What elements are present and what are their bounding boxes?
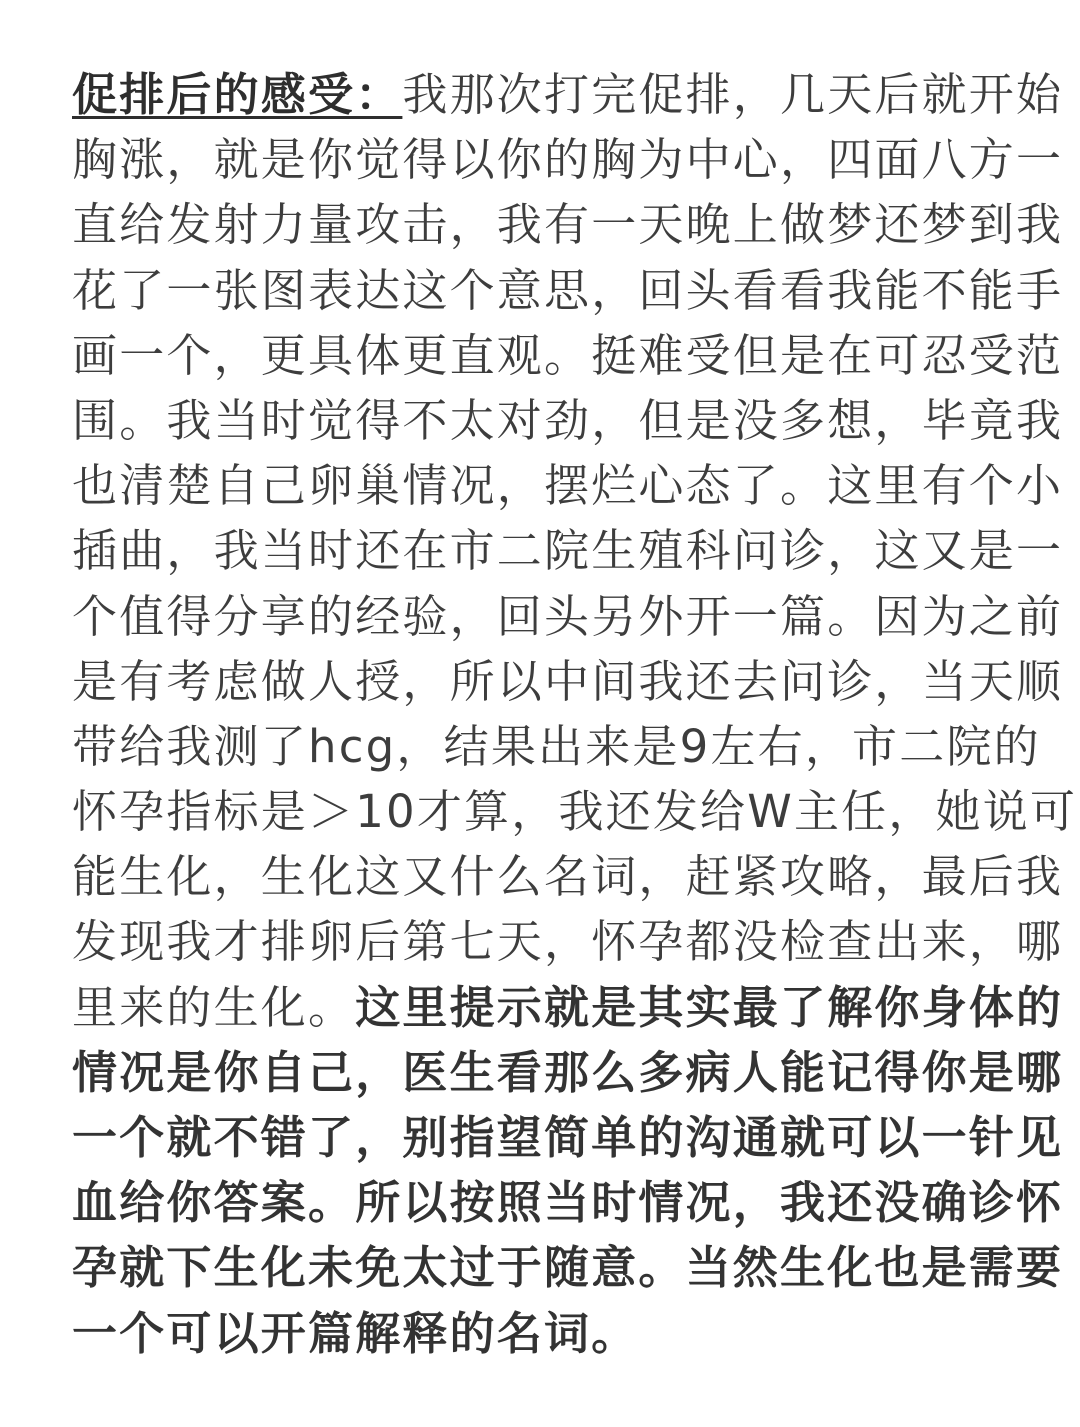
text-segment: 里来的生化。 xyxy=(72,981,355,1034)
text-line: 胸涨，就是你觉得以你的胸为中心，四面八方一 xyxy=(72,127,1012,192)
text-line: 促排后的感受：我那次打完促排，几天后就开始 xyxy=(72,62,1012,127)
text-segment: 插曲，我当时还在市二院生殖科问诊，这又是一 xyxy=(72,524,1063,577)
section-heading: 促排后的感受： xyxy=(72,68,402,121)
text-segment: 围。我当时觉得不太对劲，但是没多想，毕竟我 xyxy=(72,394,1063,447)
text-segment: 画一个，更具体更直观。挺难受但是在可忍受范 xyxy=(72,329,1063,382)
text-line: 插曲，我当时还在市二院生殖科问诊，这又是一 xyxy=(72,518,1012,583)
text-segment: 带给我测了hcg，结果出来是9左右，市二院的 xyxy=(72,720,1041,773)
text-segment: 花了一张图表达这个意思，回头看看我能不能手 xyxy=(72,264,1063,317)
text-segment: 怀孕指标是＞10才算，我还发给W主任，她说可 xyxy=(72,785,1077,838)
text-line: 也清楚自己卵巢情况，摆烂心态了。这里有个小 xyxy=(72,453,1012,518)
text-line: 发现我才排卵后第七天，怀孕都没检查出来，哪 xyxy=(72,909,1012,974)
text-segment: 胸涨，就是你觉得以你的胸为中心，四面八方一 xyxy=(72,133,1063,186)
text-segment: 能生化，生化这又什么名词，赶紧攻略，最后我 xyxy=(72,850,1063,903)
text-line: 一个就不错了，别指望简单的沟通就可以一针见 xyxy=(72,1105,1012,1170)
text-line: 一个可以开篇解释的名词。 xyxy=(72,1301,1012,1366)
text-segment: 个值得分享的经验，回头另外开一篇。因为之前 xyxy=(72,590,1063,643)
document-body: 促排后的感受：我那次打完促排，几天后就开始 胸涨，就是你觉得以你的胸为中心，四面… xyxy=(72,62,1012,1366)
text-segment: 我那次打完促排，几天后就开始 xyxy=(402,68,1063,121)
text-line: 情况是你自己，医生看那么多病人能记得你是哪 xyxy=(72,1040,1012,1105)
text-segment: 发现我才排卵后第七天，怀孕都没检查出来，哪 xyxy=(72,915,1063,968)
text-segment: 也清楚自己卵巢情况，摆烂心态了。这里有个小 xyxy=(72,459,1063,512)
text-line: 花了一张图表达这个意思，回头看看我能不能手 xyxy=(72,258,1012,323)
text-line: 血给你答案。所以按照当时情况，我还没确诊怀 xyxy=(72,1170,1012,1235)
text-segment: 是有考虑做人授，所以中间我还去问诊，当天顺 xyxy=(72,655,1063,708)
text-line: 孕就下生化未免太过于随意。当然生化也是需要 xyxy=(72,1235,1012,1300)
text-line: 个值得分享的经验，回头另外开一篇。因为之前 xyxy=(72,584,1012,649)
emphasis-text: 这里提示就是其实最了解你身体的 xyxy=(355,981,1063,1034)
text-line: 围。我当时觉得不太对劲，但是没多想，毕竟我 xyxy=(72,388,1012,453)
text-line: 直给发射力量攻击，我有一天晚上做梦还梦到我 xyxy=(72,192,1012,257)
emphasis-text: 血给你答案。所以按照当时情况，我还没确诊怀 xyxy=(72,1176,1063,1229)
text-segment: 直给发射力量攻击，我有一天晚上做梦还梦到我 xyxy=(72,198,1063,251)
text-line: 怀孕指标是＞10才算，我还发给W主任，她说可 xyxy=(72,779,1012,844)
emphasis-text: 一个就不错了，别指望简单的沟通就可以一针见 xyxy=(72,1111,1063,1164)
text-line: 能生化，生化这又什么名词，赶紧攻略，最后我 xyxy=(72,844,1012,909)
text-line: 画一个，更具体更直观。挺难受但是在可忍受范 xyxy=(72,323,1012,388)
emphasis-text: 孕就下生化未免太过于随意。当然生化也是需要 xyxy=(72,1241,1063,1294)
emphasis-text: 情况是你自己，医生看那么多病人能记得你是哪 xyxy=(72,1046,1063,1099)
text-line: 带给我测了hcg，结果出来是9左右，市二院的 xyxy=(72,714,1012,779)
text-line: 是有考虑做人授，所以中间我还去问诊，当天顺 xyxy=(72,649,1012,714)
emphasis-text: 一个可以开篇解释的名词。 xyxy=(72,1307,638,1360)
text-line: 里来的生化。这里提示就是其实最了解你身体的 xyxy=(72,975,1012,1040)
